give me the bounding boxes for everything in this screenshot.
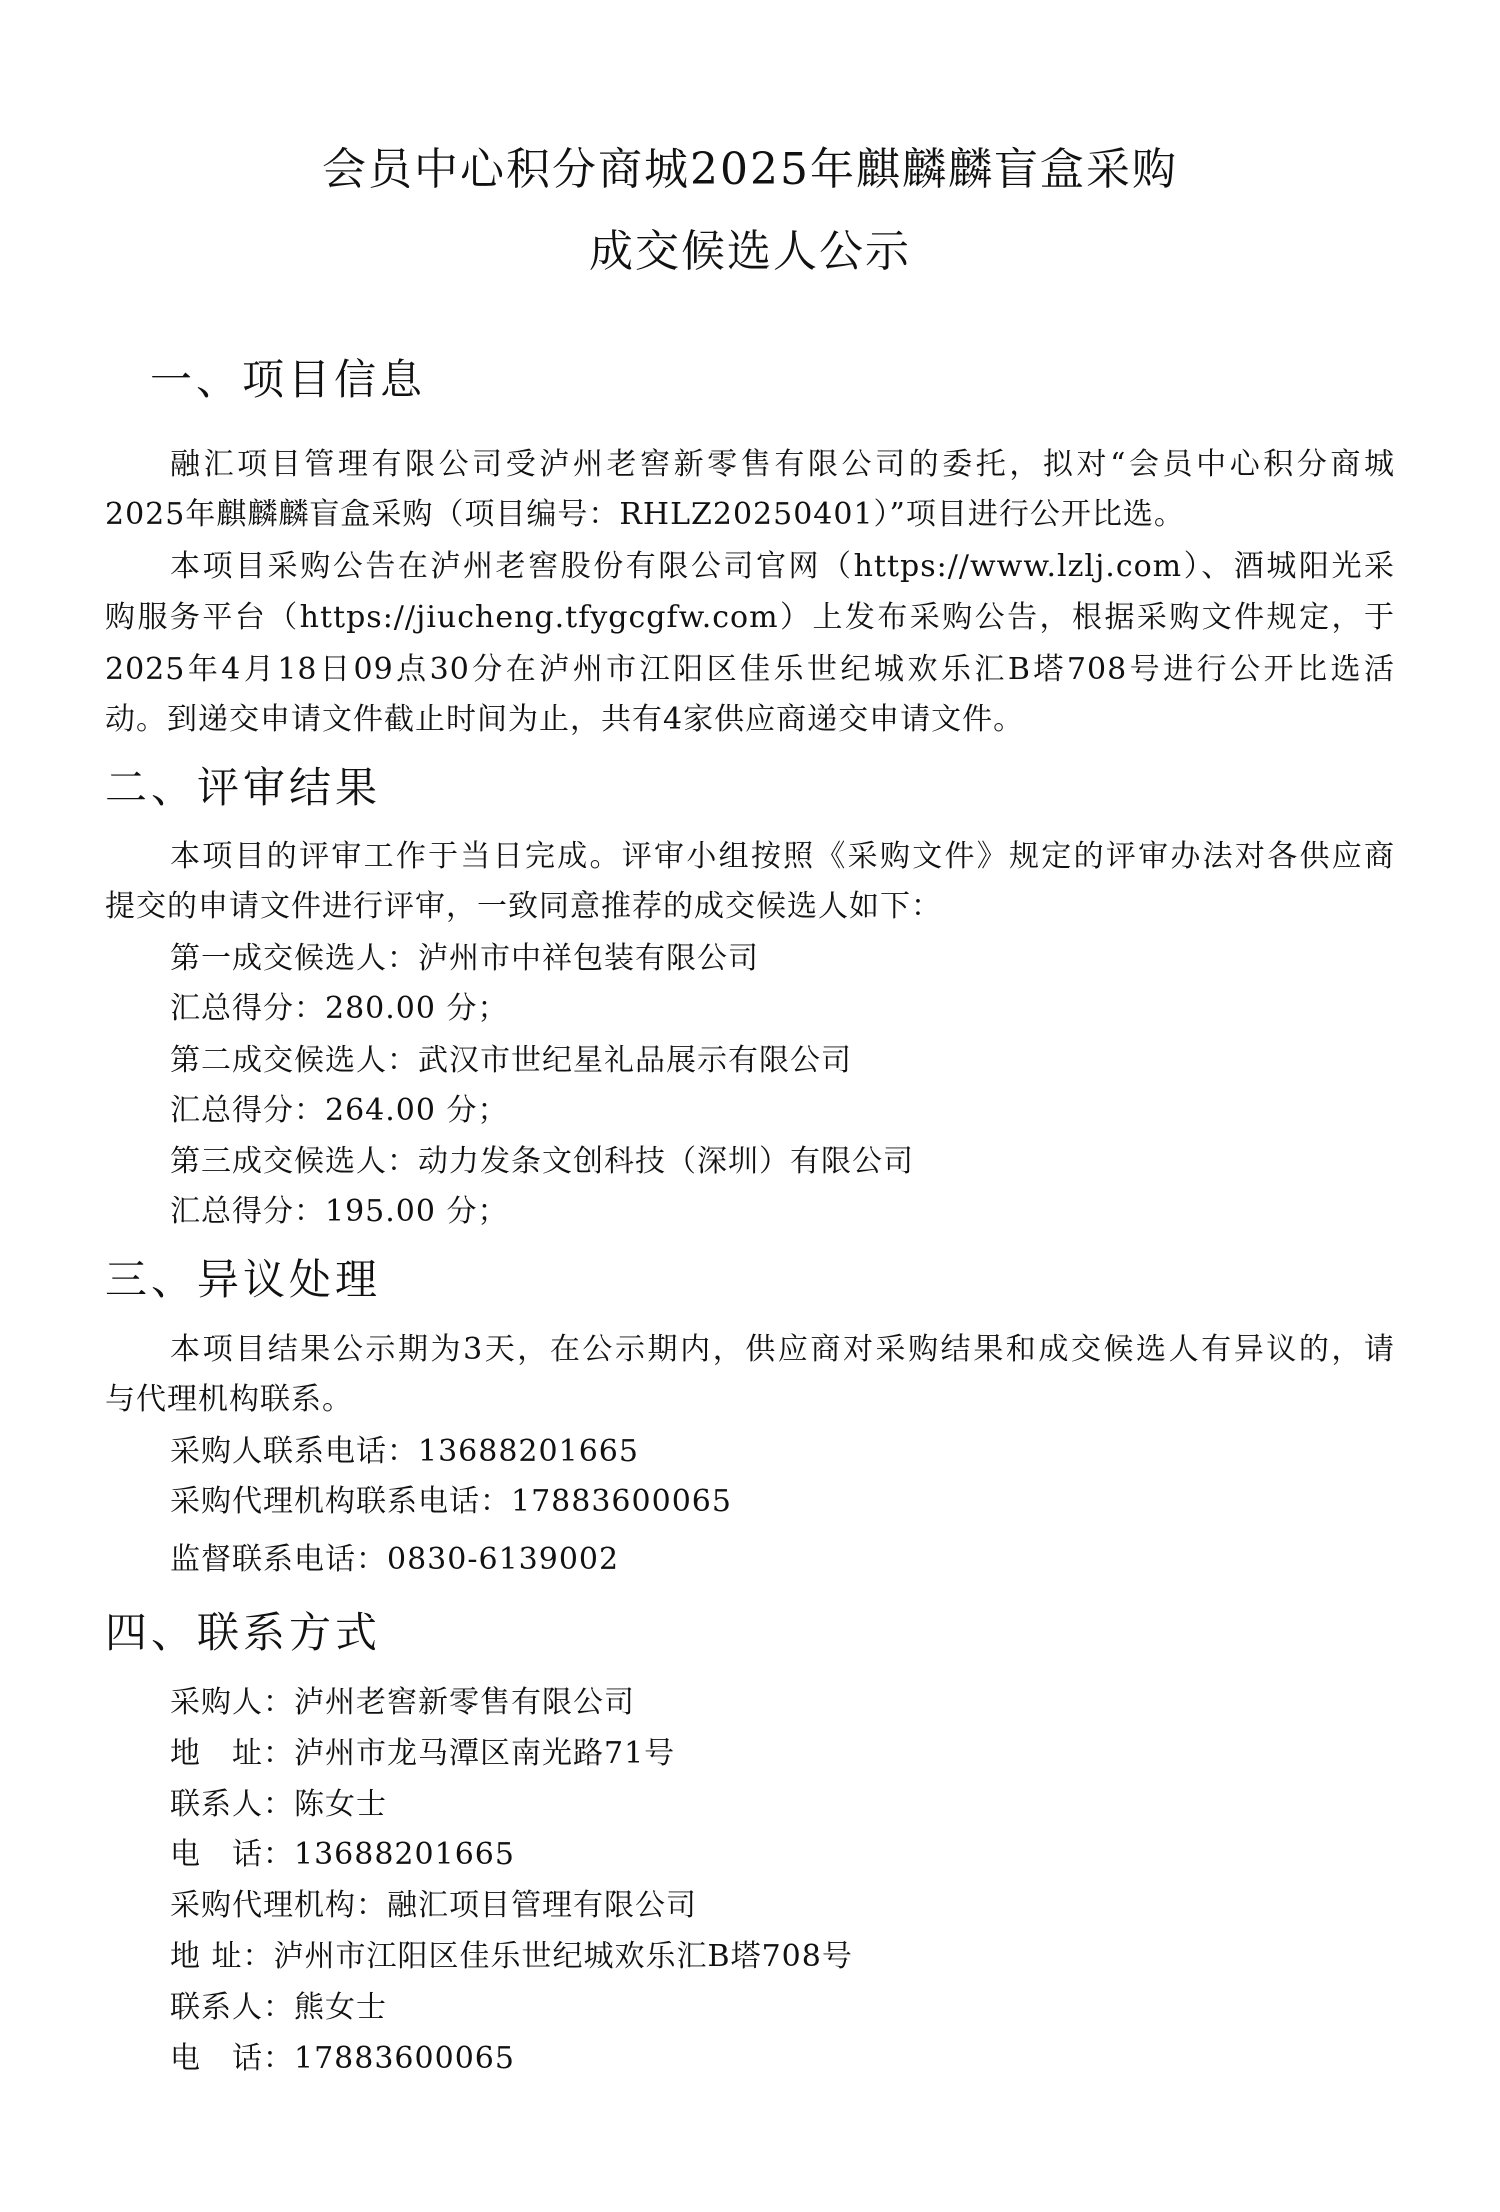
- document-title-line-1: 会员中心积分商城2025年麒麟麟盲盒采购: [0, 140, 1500, 200]
- paragraph-line: 2025年麒麟麟盲盒采购（项目编号：RHLZ20250401）”项目进行公开比选…: [105, 495, 1185, 535]
- agency-phone: 采购代理机构联系电话：17883600065: [170, 1482, 732, 1522]
- candidate-2-score: 汇总得分：264.00 分；: [170, 1091, 509, 1131]
- paragraph-line: 购服务平台（https://jiucheng.tfygcgfw.com）上发布采…: [105, 598, 1395, 638]
- candidate-3-name: 第三成交候选人：动力发条文创科技（深圳）有限公司: [170, 1142, 914, 1182]
- purchaser-telephone: 电 话：13688201665: [170, 1835, 515, 1875]
- section-heading-contact-info: 四、联系方式: [105, 1605, 381, 1661]
- agency-address: 地 址：泸州市江阳区佳乐世纪城欢乐汇B塔708号: [170, 1937, 853, 1977]
- paragraph-line: 本项目的评审工作于当日完成。评审小组按照《采购文件》规定的评审办法对各供应商: [170, 837, 1395, 877]
- paragraph-line: 动。到递交申请文件截止时间为止，共有4家供应商递交申请文件。: [105, 700, 1024, 740]
- document-page: 会员中心积分商城2025年麒麟麟盲盒采购 成交候选人公示 一、项目信息 融汇项目…: [0, 0, 1500, 2212]
- purchaser-name: 采购人：泸州老窖新零售有限公司: [170, 1683, 635, 1723]
- supervision-phone: 监督联系电话：0830-6139002: [170, 1540, 619, 1580]
- paragraph-line: 本项目采购公告在泸州老窖股份有限公司官网（https://www.lzlj.co…: [170, 547, 1395, 587]
- purchaser-contact-person: 联系人：陈女士: [170, 1785, 387, 1825]
- agency-telephone: 电 话：17883600065: [170, 2039, 515, 2079]
- purchaser-address: 地 址：泸州市龙马潭区南光路71号: [170, 1734, 675, 1774]
- section-heading-review-results: 二、评审结果: [105, 760, 381, 816]
- section-heading-project-info: 一、项目信息: [150, 352, 426, 408]
- candidate-1-score: 汇总得分：280.00 分；: [170, 989, 509, 1029]
- purchaser-phone: 采购人联系电话：13688201665: [170, 1432, 639, 1472]
- document-title-line-2: 成交候选人公示: [0, 222, 1500, 282]
- candidate-2-name: 第二成交候选人：武汉市世纪星礼品展示有限公司: [170, 1041, 852, 1081]
- paragraph-line: 本项目结果公示期为3天，在公示期内，供应商对采购结果和成交候选人有异议的，请: [170, 1330, 1395, 1370]
- candidate-1-name: 第一成交候选人：泸州市中祥包装有限公司: [170, 939, 759, 979]
- agency-name: 采购代理机构：融汇项目管理有限公司: [170, 1886, 697, 1926]
- paragraph-line: 提交的申请文件进行评审，一致同意推荐的成交候选人如下：: [105, 887, 942, 927]
- paragraph-line: 融汇项目管理有限公司受泸州老窖新零售有限公司的委托，拟对“会员中心积分商城: [170, 445, 1395, 485]
- paragraph-line: 与代理机构联系。: [105, 1380, 353, 1420]
- section-heading-objection-handling: 三、异议处理: [105, 1252, 381, 1308]
- paragraph-line: 2025年4月18日09点30分在泸州市江阳区佳乐世纪城欢乐汇B塔708号进行公…: [105, 650, 1395, 690]
- agency-contact-person: 联系人：熊女士: [170, 1988, 387, 2028]
- candidate-3-score: 汇总得分：195.00 分；: [170, 1192, 509, 1232]
